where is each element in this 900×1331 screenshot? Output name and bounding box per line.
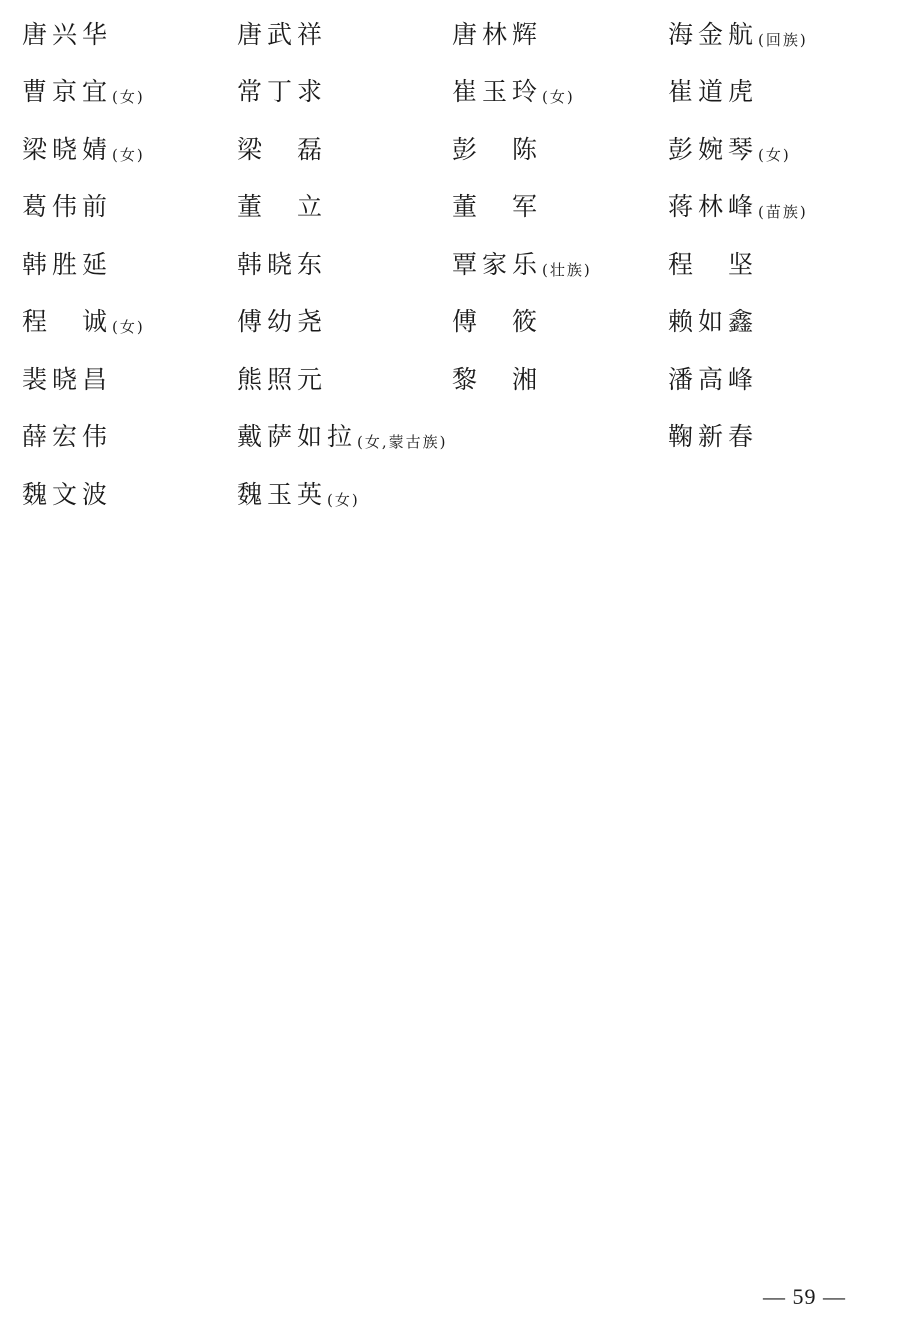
person-note: (女) <box>542 88 575 106</box>
name-entry: 彭婉琴(女) <box>668 130 791 170</box>
name-entry: 蒋林峰(苗族) <box>668 187 808 227</box>
person-name: 黎 湘 <box>452 365 542 394</box>
name-entry: 崔道虎 <box>668 72 758 112</box>
person-name: 熊照元 <box>237 365 327 394</box>
person-name: 葛伟前 <box>22 192 112 221</box>
name-entry: 唐兴华 <box>22 15 112 55</box>
person-name: 韩胜延 <box>22 250 112 279</box>
person-name: 曹京宜 <box>22 77 112 106</box>
person-name: 梁晓婧 <box>22 135 112 164</box>
person-note: (女) <box>758 146 791 164</box>
person-note: (女) <box>112 88 145 106</box>
name-row: 葛伟前 董 立 董 军 蒋林峰(苗族) <box>0 187 900 227</box>
name-row: 曹京宜(女) 常丁求 崔玉玲(女) 崔道虎 <box>0 72 900 112</box>
name-entry: 戴萨如拉(女,蒙古族) <box>237 417 448 457</box>
person-name: 梁 磊 <box>237 135 327 164</box>
name-entry: 覃家乐(壮族) <box>452 245 592 285</box>
person-note: (女) <box>112 146 145 164</box>
person-name: 彭 陈 <box>452 135 542 164</box>
person-name: 程 诚 <box>22 307 112 336</box>
person-name: 程 坚 <box>668 250 758 279</box>
person-name: 魏文波 <box>22 480 112 509</box>
person-note: (回族) <box>758 31 808 49</box>
name-entry: 黎 湘 <box>452 360 542 400</box>
name-entry: 曹京宜(女) <box>22 72 145 112</box>
name-row: 唐兴华 唐武祥 唐林辉 海金航(回族) <box>0 15 900 55</box>
person-name: 崔道虎 <box>668 77 758 106</box>
person-name: 戴萨如拉 <box>237 422 357 451</box>
name-entry: 彭 陈 <box>452 130 542 170</box>
person-name: 韩晓东 <box>237 250 327 279</box>
name-entry: 潘高峰 <box>668 360 758 400</box>
name-entry: 裴晓昌 <box>22 360 112 400</box>
name-entry: 程 诚(女) <box>22 302 145 342</box>
person-name: 唐林辉 <box>452 20 542 49</box>
name-entry: 葛伟前 <box>22 187 112 227</box>
person-note: (壮族) <box>542 261 592 279</box>
person-note: (女) <box>327 491 360 509</box>
person-name: 蒋林峰 <box>668 192 758 221</box>
name-entry: 唐武祥 <box>237 15 327 55</box>
name-row: 裴晓昌 熊照元 黎 湘 潘高峰 <box>0 360 900 400</box>
name-row: 薛宏伟 戴萨如拉(女,蒙古族) 鞠新春 <box>0 417 900 457</box>
person-name: 董 军 <box>452 192 542 221</box>
name-entry: 梁 磊 <box>237 130 327 170</box>
person-name: 魏玉英 <box>237 480 327 509</box>
name-row: 程 诚(女) 傅幼尧 傅 筱 赖如鑫 <box>0 302 900 342</box>
person-name: 潘高峰 <box>668 365 758 394</box>
person-name: 鞠新春 <box>668 422 758 451</box>
name-entry: 魏文波 <box>22 475 112 515</box>
name-row: 梁晓婧(女) 梁 磊 彭 陈 彭婉琴(女) <box>0 130 900 170</box>
name-entry: 董 立 <box>237 187 327 227</box>
person-name: 唐武祥 <box>237 20 327 49</box>
name-entry: 梁晓婧(女) <box>22 130 145 170</box>
name-entry: 傅幼尧 <box>237 302 327 342</box>
name-entry: 傅 筱 <box>452 302 542 342</box>
person-name: 裴晓昌 <box>22 365 112 394</box>
name-entry: 赖如鑫 <box>668 302 758 342</box>
name-entry: 韩晓东 <box>237 245 327 285</box>
person-name: 彭婉琴 <box>668 135 758 164</box>
person-name: 薛宏伟 <box>22 422 112 451</box>
person-name: 唐兴华 <box>22 20 112 49</box>
name-entry: 常丁求 <box>237 72 327 112</box>
name-entry: 薛宏伟 <box>22 417 112 457</box>
person-name: 常丁求 <box>237 77 327 106</box>
name-row: 韩胜延 韩晓东 覃家乐(壮族) 程 坚 <box>0 245 900 285</box>
name-row: 魏文波 魏玉英(女) <box>0 475 900 515</box>
page-number: — 59 — <box>742 1282 867 1312</box>
name-entry: 唐林辉 <box>452 15 542 55</box>
name-entry: 海金航(回族) <box>668 15 808 55</box>
person-note: (女,蒙古族) <box>357 433 447 451</box>
name-entry: 韩胜延 <box>22 245 112 285</box>
person-name: 覃家乐 <box>452 250 542 279</box>
person-name: 董 立 <box>237 192 327 221</box>
name-entry: 崔玉玲(女) <box>452 72 575 112</box>
name-entry: 魏玉英(女) <box>237 475 360 515</box>
person-name: 崔玉玲 <box>452 77 542 106</box>
person-name: 赖如鑫 <box>668 307 758 336</box>
person-note: (女) <box>112 318 145 336</box>
person-name: 傅 筱 <box>452 307 542 336</box>
person-name: 海金航 <box>668 20 758 49</box>
person-note: (苗族) <box>758 203 808 221</box>
name-entry: 熊照元 <box>237 360 327 400</box>
name-entry: 董 军 <box>452 187 542 227</box>
person-name: 傅幼尧 <box>237 307 327 336</box>
name-entry: 鞠新春 <box>668 417 758 457</box>
name-entry: 程 坚 <box>668 245 758 285</box>
